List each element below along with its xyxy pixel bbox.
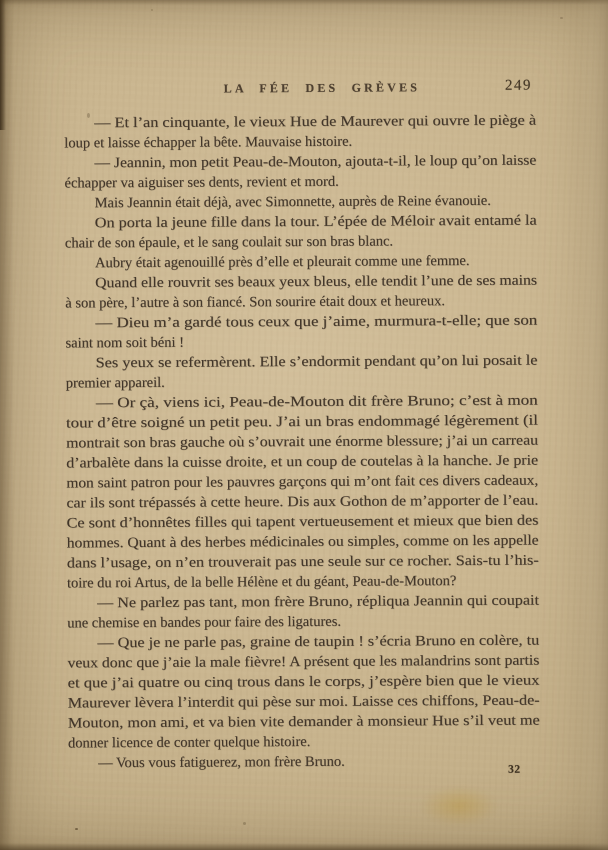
paragraph-dialogue: — Ne parlez pas tant, mon frère Bruno, r…	[67, 591, 539, 634]
text-line: dans l’usage, on n’en trouverait pas une…	[67, 551, 539, 574]
text-line: Ses yeux se refermèrent. Elle s’endormit…	[66, 351, 538, 374]
text-line: — Jeannin, mon petit Peau-de-Mouton, ajo…	[64, 151, 536, 174]
paragraph-dialogue: — Jeannin, mon petit Peau-de-Mouton, ajo…	[64, 151, 536, 194]
text-line: Quand elle rouvrit ses beaux yeux bleus,…	[65, 271, 537, 294]
text-line: Mouton, mon ami, et va bien vite demande…	[68, 711, 540, 734]
page-content: LA FÉE DES GRÈVES 249 — Et l’an cinquant…	[0, 0, 608, 850]
paragraph: Quand elle rouvrit ses beaux yeux bleus,…	[65, 271, 537, 314]
page-text: — Et l’an cinquante, le vieux Hue de Mau…	[64, 111, 540, 774]
page-number: 249	[505, 78, 532, 95]
running-title: LA FÉE DES GRÈVES	[224, 80, 421, 96]
paragraph-dialogue: — Dieu m’a gardé tous ceux que j’aime, m…	[65, 311, 537, 354]
paragraph-dialogue: — Vous vous fatiguerez, mon frère Bruno.	[68, 751, 540, 774]
paragraph-dialogue: — Que je ne parle pas, graine de taupin …	[67, 631, 540, 754]
paragraph: Ses yeux se refermèrent. Elle s’endormit…	[66, 351, 538, 394]
paragraph-dialogue: — Or çà, viens ici, Peau-de-Mouton dit f…	[66, 391, 539, 594]
scanned-book-page: LA FÉE DES GRÈVES 249 — Et l’an cinquant…	[0, 0, 608, 850]
text-line: On porta la jeune fille dans la tour. L’…	[65, 211, 537, 234]
text-line: — Vous vous fatiguerez, mon frère Bruno.	[68, 751, 540, 774]
signature-mark: 32	[508, 764, 521, 776]
page-header: LA FÉE DES GRÈVES 249	[64, 78, 536, 103]
paragraph: On porta la jeune fille dans la tour. L’…	[65, 211, 537, 254]
text-line: — Ne parlez pas tant, mon frère Bruno, r…	[67, 591, 539, 614]
text-line: — Et l’an cinquante, le vieux Hue de Mau…	[64, 111, 536, 134]
paragraph-dialogue: — Et l’an cinquante, le vieux Hue de Mau…	[64, 111, 536, 154]
text-line: — Dieu m’a gardé tous ceux que j’aime, m…	[65, 311, 537, 334]
